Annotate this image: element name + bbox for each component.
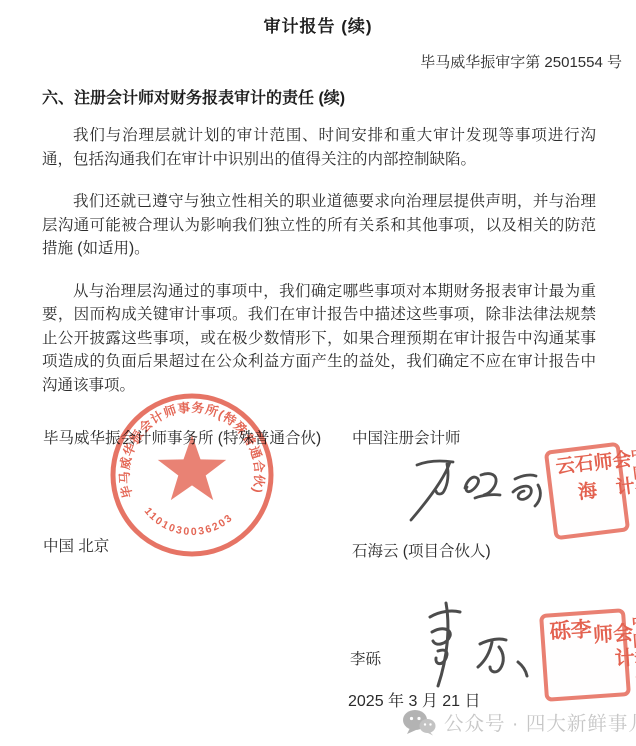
audit-report-page: 审计报告 (续) 毕马威华振审字第 2501554 号 六、注册会计师对财务报表… [0,0,636,746]
body-paragraph-2: 我们还就已遵守与独立性相关的职业道德要求向治理层提供声明，并与治理层沟通可能被合… [42,190,596,261]
second-signer-name-label: 李砾 [350,650,381,669]
firm-seal-stamp: 毕马威华振会计师事务所(特殊普通合伙) 1101030036203 [106,389,278,561]
li-li-signature [400,598,550,693]
page-title: 审计报告 (续) [0,12,636,37]
section-heading: 六、注册会计师对财务报表审计的责任 (续) [42,85,345,108]
cpa-title: 中国注册会计师 [352,429,461,448]
seal-serial-number: 1101030036203 [142,505,236,538]
watermark-text: 公众号 · 四大新鲜事儿 [444,708,636,736]
star-icon [158,435,226,500]
seal-col-title: 会计师 [589,615,634,692]
body-text: 我们与治理层就计划的审计范围、时间安排和重大审计发现等事项进行沟通，包括沟通我们… [42,124,596,416]
reference-number: 毕马威华振审字第 2501554 号 [420,51,622,72]
cpa-seal-li-li: 李砾 会计师 中国注册 [539,608,631,702]
body-paragraph-1: 我们与治理层就计划的审计范围、时间安排和重大审计发现等事项进行沟通，包括沟通我们… [42,124,596,171]
cpa-seal-shi-haiyun: 石海云 会计师 中国注册 [544,442,630,541]
firm-location: 中国 北京 [43,537,109,556]
shi-haiyun-signature [403,448,563,528]
body-paragraph-3: 从与治理层沟通过的事项中，我们确定哪些事项对本期财务报表审计最为重要，因而构成关… [42,280,596,398]
svg-text:1101030036203: 1101030036203 [142,505,236,538]
wechat-icon [402,709,436,736]
watermark: 公众号 · 四大新鲜事儿 [402,708,636,736]
partner-name-label: 石海云 (项目合伙人) [352,542,491,561]
seal-col-name: 李砾 [548,618,595,695]
